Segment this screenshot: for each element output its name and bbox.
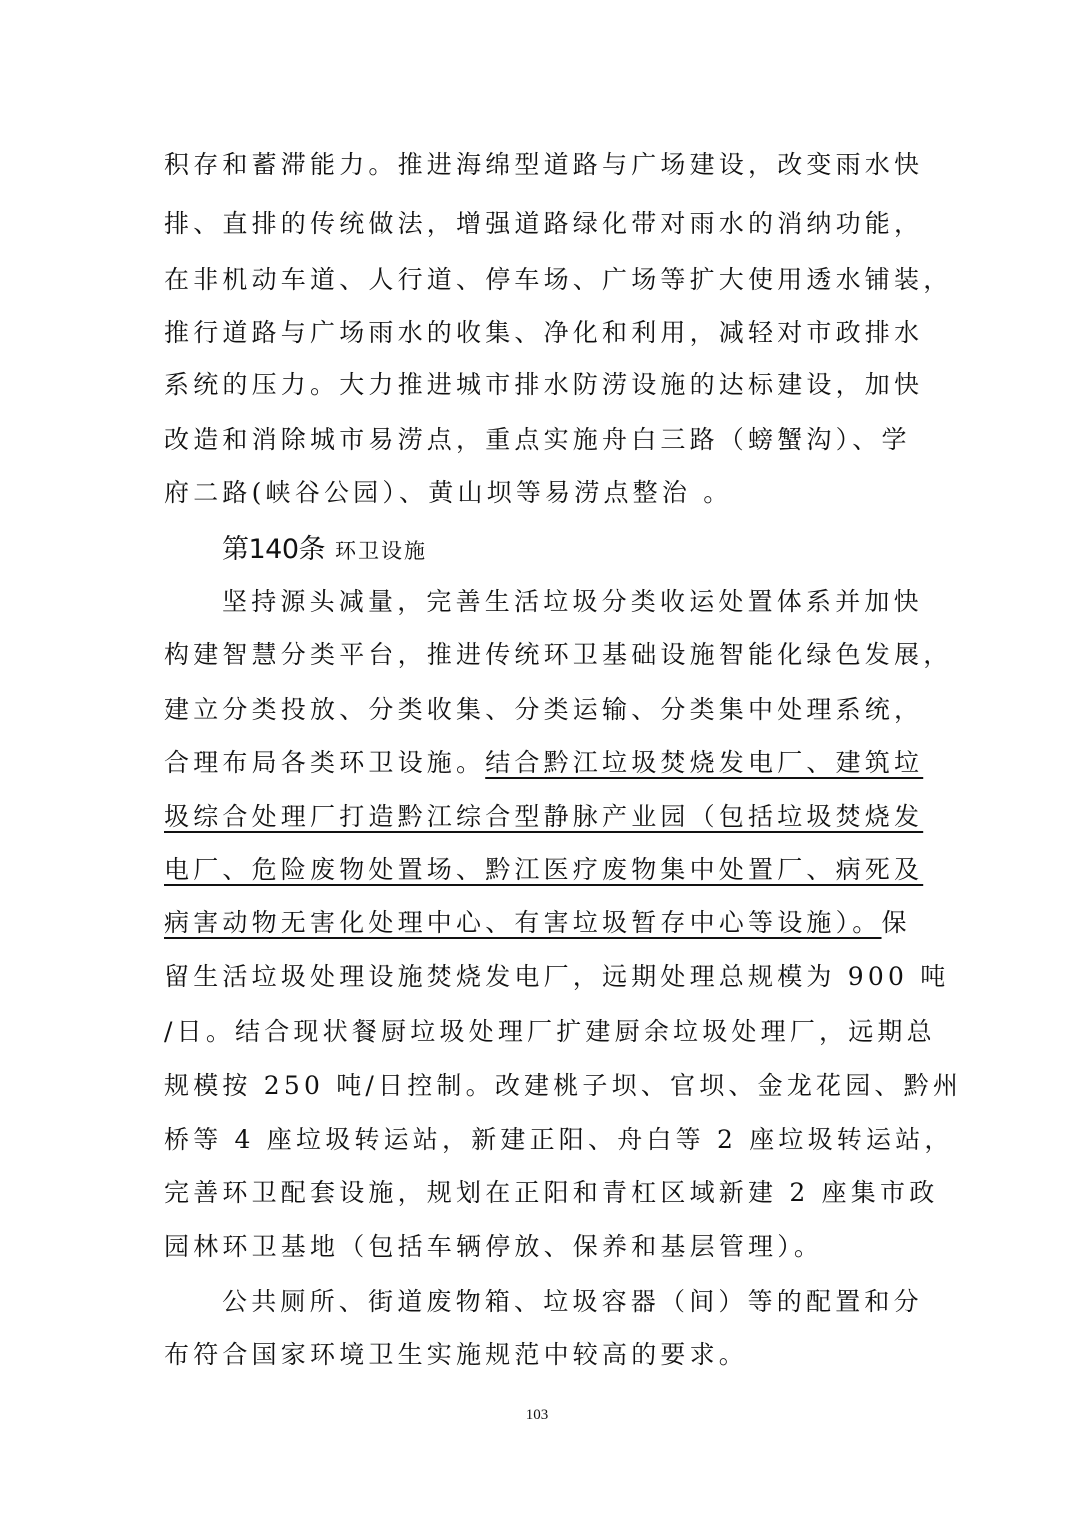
text-line: 园林环卫基地（包括车辆停放、保养和基层管理）。 — [164, 1232, 934, 1262]
text-line: 府二路(峡谷公园）、黄山坝等易涝点整治 。 — [164, 478, 934, 508]
text-line: 建立分类投放、分类收集、分类运输、分类集中处理系统， — [164, 695, 934, 725]
plain-text: 保 — [882, 908, 911, 937]
text-line: 改造和消除城市易涝点，重点实施舟白三路（螃蟹沟）、学 — [164, 425, 934, 455]
text-line: 公共厕所、街道废物箱、垃圾容器（间）等的配置和分 — [222, 1287, 934, 1317]
text-line: 圾综合处理厂打造黔江综合型静脉产业园（包括垃圾焚烧发 — [164, 802, 934, 832]
text-line: 系统的压力。大力推进城市排水防涝设施的达标建设，加快 — [164, 370, 934, 400]
plain-text: 合理布局各类环卫设施。 — [164, 748, 485, 777]
document-page: 积存和蓄滞能力。推进海绵型道路与广场建设，改变雨水快 排、直排的传统做法，增强道… — [0, 0, 1074, 1520]
text-line: /日。结合现状餐厨垃圾处理厂扩建厨余垃圾处理厂，远期总 — [164, 1017, 934, 1047]
text-line: 合理布局各类环卫设施。结合黔江垃圾焚烧发电厂、建筑垃 — [164, 748, 934, 778]
text-line: 推行道路与广场雨水的收集、净化和利用，减轻对市政排水 — [164, 318, 934, 348]
underlined-text: 圾综合处理厂打造黔江综合型静脉产业园（包括垃圾焚烧发 — [164, 802, 923, 831]
text-line: 桥等 4 座垃圾转运站，新建正阳、舟白等 2 座垃圾转运站， — [164, 1125, 934, 1155]
text-line: 在非机动车道、人行道、停车场、广场等扩大使用透水铺装， — [164, 265, 934, 295]
underlined-text: 电厂、危险废物处置场、黔江医疗废物集中处置厂、病死及 — [164, 855, 923, 884]
section-title: 环卫设施 — [335, 539, 427, 563]
text-line: 布符合国家环境卫生实施规范中较高的要求。 — [164, 1340, 934, 1370]
text-line: 积存和蓄滞能力。推进海绵型道路与广场建设，改变雨水快 — [164, 150, 934, 180]
section-number: 第140条 — [222, 534, 325, 565]
section-heading: 第140条环卫设施 — [222, 527, 427, 566]
text-line: 排、直排的传统做法，增强道路绿化带对雨水的消纳功能， — [164, 209, 934, 239]
text-line: 电厂、危险废物处置场、黔江医疗废物集中处置厂、病死及 — [164, 855, 934, 885]
text-line: 完善环卫配套设施，规划在正阳和青杠区域新建 2 座集市政 — [164, 1178, 934, 1208]
text-line: 留生活垃圾处理设施焚烧发电厂，远期处理总规模为 900 吨 — [164, 962, 934, 992]
text-line: 病害动物无害化处理中心、有害垃圾暂存中心等设施）。保 — [164, 908, 934, 938]
page-number: 103 — [0, 1407, 1074, 1424]
text-line: 坚持源头减量，完善生活垃圾分类收运处置体系并加快 — [222, 587, 934, 617]
underlined-text: 病害动物无害化处理中心、有害垃圾暂存中心等设施）。 — [164, 908, 882, 937]
text-line: 规模按 250 吨/日控制。改建桃子坝、官坝、金龙花园、黔州 — [164, 1071, 934, 1101]
text-line: 构建智慧分类平台，推进传统环卫基础设施智能化绿色发展， — [164, 640, 934, 670]
underlined-text: 结合黔江垃圾焚烧发电厂、建筑垃 — [485, 748, 923, 777]
